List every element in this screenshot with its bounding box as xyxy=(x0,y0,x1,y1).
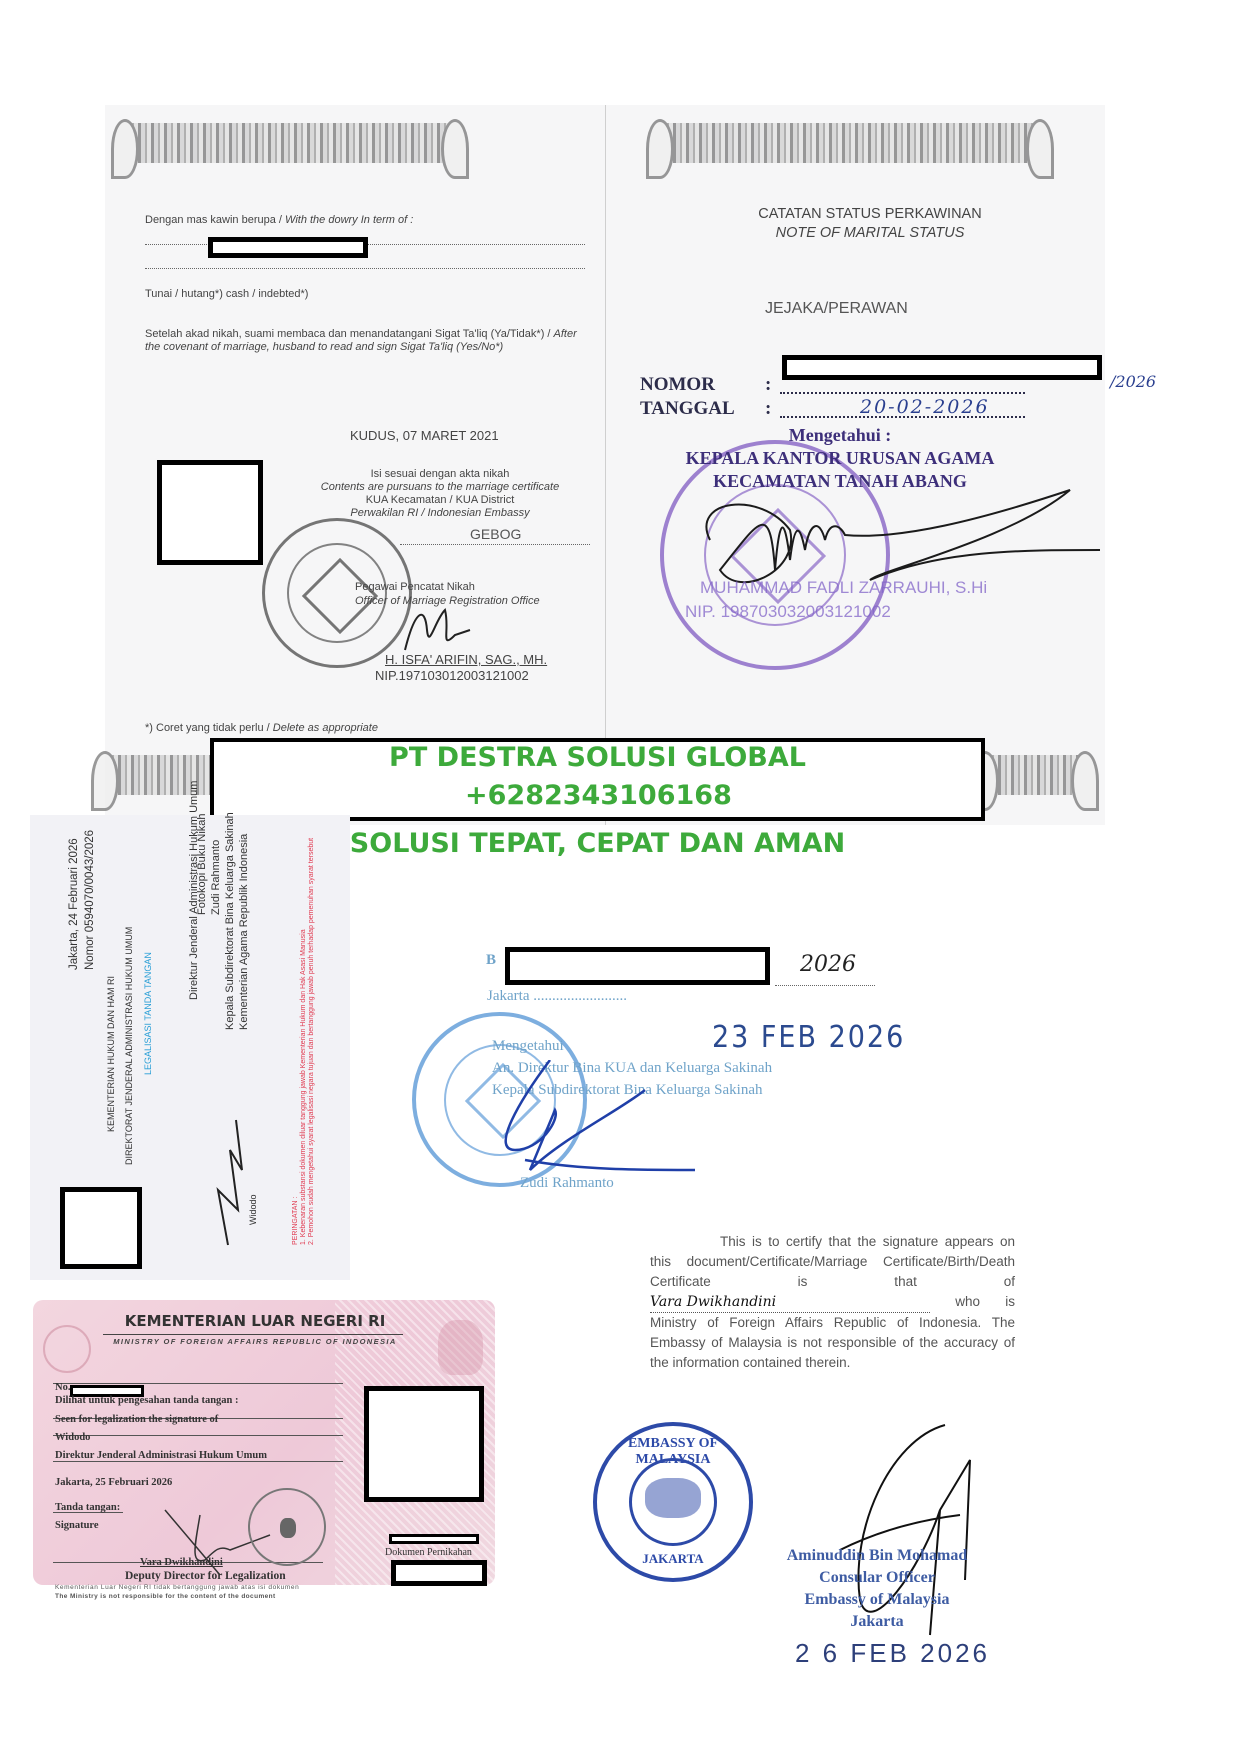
kua-head-nip: NIP. 198703032003121002 xyxy=(685,602,891,622)
contents-block: Isi sesuai dengan akta nikah Contents ar… xyxy=(290,468,590,520)
company-phone: +6282343106168 xyxy=(465,780,732,811)
nomor-line xyxy=(780,392,1025,394)
kemlu-disclaimer-en: The Ministry is not responsible for the … xyxy=(55,1593,276,1600)
malaysia-certification-text: This is to certify that the signature ap… xyxy=(650,1232,1015,1373)
signature-widodo xyxy=(208,1110,248,1250)
kemlu-signer: Widodo xyxy=(55,1432,90,1443)
taliq-text-id: Setelah akad nikah, suami membaca dan me… xyxy=(145,328,554,340)
stamp-top-text: EMBASSY OF MALAYSIA xyxy=(597,1436,749,1468)
kemlu-seen-label: Dilihat untuk pengesahan tanda tangan : xyxy=(55,1395,239,1406)
marital-status-value: JEJAKA/PERAWAN xyxy=(765,300,908,318)
footnote: *) Coret yang tidak perlu / Delete as ap… xyxy=(145,722,378,734)
marital-status-title-en: NOTE OF MARITAL STATUS xyxy=(740,224,1000,243)
signature-kemenag xyxy=(480,1060,700,1180)
malaysia-officer-block: Aminuddin Bin Mohamad Consular Officer E… xyxy=(762,1545,992,1633)
nomor-label: NOMOR xyxy=(640,373,735,397)
dowry-line-2 xyxy=(145,268,585,269)
dowry-label: Dengan mas kawin berupa / With the dowry… xyxy=(145,214,413,226)
marital-status-header: CATATAN STATUS PERKAWINAN NOTE OF MARITA… xyxy=(740,205,1000,243)
kemlu-officer-title: Deputy Director for Legalization xyxy=(125,1570,286,1582)
kemenkum-date: Jakarta, 24 Februari 2026 xyxy=(68,838,80,970)
cert-text-1: This is to certify that the signature ap… xyxy=(650,1234,1015,1289)
redacted-kemlu-photo xyxy=(364,1386,484,1502)
redacted-photo-left xyxy=(157,460,263,565)
rule-4 xyxy=(53,1461,343,1462)
redacted-barcode-kemenkum xyxy=(60,1187,142,1269)
redacted-dowry xyxy=(208,237,368,258)
nomor-tanggal-labels: NOMOR TANGGAL xyxy=(640,373,735,421)
kemlu-subtitle: MINISTRY OF FOREIGN AFFAIRS REPUBLIC OF … xyxy=(55,1337,455,1346)
district-line xyxy=(400,544,590,545)
officer-name: H. ISFA' ARIFIN, SAG., MH. xyxy=(385,652,547,667)
dowry-label-en: With the dowry In term of : xyxy=(285,214,413,226)
page-fold xyxy=(605,105,606,825)
dowry-label-id: Dengan mas kawin berupa / xyxy=(145,214,285,226)
rule-3 xyxy=(53,1435,343,1436)
kemlu-no-label: No. xyxy=(55,1382,70,1393)
nomor-year-handwritten: /2026 xyxy=(1110,372,1156,391)
place-date: KUDUS, 07 MARET 2021 xyxy=(350,428,499,443)
kemlu-signer-title: Direktur Jenderal Administrasi Hukum Umu… xyxy=(55,1450,267,1461)
taliq-text: Setelah akad nikah, suami membaca dan me… xyxy=(145,328,585,354)
kemenkum-warning-title: PERINGATAN : xyxy=(292,1197,299,1245)
kemlu-disclaimer: Kementerian Luar Negeri RI tidak bertang… xyxy=(55,1584,299,1591)
cert-handwritten-name: Vara Dwikhandini xyxy=(650,1294,776,1310)
district-gebog: GEBOG xyxy=(470,526,521,542)
kemenkum-warning-2: 2. Pemohon sudah mengetahui syarat legal… xyxy=(308,838,315,1245)
kemenkum-directorate: DIREKTORAT JENDERAL ADMINISTRASI HUKUM U… xyxy=(124,927,134,1165)
tanggal-value: 20-02-2026 xyxy=(860,396,990,418)
ornament-border-bottom-right xyxy=(985,755,1085,795)
kemenkum-legalization-label: LEGALISASI TANDA TANGAN xyxy=(143,952,153,1075)
malaysia-date-stamp: 2 6 FEB 2026 xyxy=(795,1638,990,1669)
payment-label: Tunai / hutang*) cash / indebted*) xyxy=(145,288,308,300)
redacted-nomor xyxy=(782,355,1102,380)
officer-title: Pegawai Pencatat Nikah xyxy=(355,580,540,594)
acknowledged-label: Mengetahui : xyxy=(640,424,1040,447)
kemenag-place: Jakarta ......................... xyxy=(487,988,627,1005)
kua-head-title: KEPALA KANTOR URUSAN AGAMA xyxy=(640,447,1040,470)
ornament-border-left xyxy=(125,123,455,163)
kemenkum-signer-name: Zudi Rahmanto xyxy=(210,840,222,915)
kemenkum-number: Nomor 0594070/0043/2026 xyxy=(84,830,96,970)
kemenag-year-line xyxy=(775,985,875,986)
kemlu-seal-stamp xyxy=(248,1488,326,1566)
redacted-kemlu-ref xyxy=(391,1560,487,1586)
malaysia-officer-name: Aminuddin Bin Mohamad xyxy=(762,1545,992,1567)
redacted-kemenag-number xyxy=(505,947,770,985)
contents-note: Isi sesuai dengan akta nikah xyxy=(290,468,590,481)
ornament-border-bottom-left xyxy=(105,755,225,795)
footnote-en: Delete as appropriate xyxy=(273,722,378,734)
redacted-kemlu-code xyxy=(389,1534,479,1544)
malaysia-embassy-name: Embassy of Malaysia xyxy=(762,1589,992,1611)
kemenag-year-handwritten: 2026 xyxy=(800,952,856,977)
marital-status-title: CATATAN STATUS PERKAWINAN xyxy=(740,205,1000,224)
malaysia-city: Jakarta xyxy=(762,1611,992,1633)
kemenkum-signer-title: Kepala Subdirektorat Bina Keluarga Sakin… xyxy=(224,812,236,1030)
kemlu-seen-label-en: Seen for legalization the signature of xyxy=(55,1414,218,1425)
stamp-bottom-text: JAKARTA xyxy=(597,1551,749,1567)
tanggal-label: TANGGAL xyxy=(640,397,735,421)
kemenag-acknowledged: Mengetahui xyxy=(492,1035,772,1057)
officer-nip: NIP.197103012003121002 xyxy=(375,668,529,683)
kemlu-signature-label-en: Signature xyxy=(55,1520,99,1531)
colons: :: xyxy=(765,373,771,421)
kemenkum-warning-1: 1. Kebenaran substansi dokumen diluar ta… xyxy=(300,929,307,1245)
kemlu-title: KEMENTERIAN LUAR NEGERI RI xyxy=(55,1312,455,1330)
malaysia-officer-title: Consular Officer xyxy=(762,1567,992,1589)
kemlu-emblem-icon xyxy=(43,1325,91,1373)
kemenkum-director-name: Widodo xyxy=(248,1194,258,1225)
rule-1 xyxy=(53,1383,343,1384)
title-underline xyxy=(103,1334,403,1335)
signature-left xyxy=(395,600,475,660)
kemenkum-doc-type: Fotokopi Buku Nikah xyxy=(196,814,208,916)
kemenag-number-prefix: B xyxy=(486,952,496,969)
kemlu-date: Jakarta, 25 Februari 2026 xyxy=(55,1477,172,1488)
kemlu-officer-name: Vara Dwikhandini xyxy=(140,1557,223,1568)
company-name: PT DESTRA SOLUSI GLOBAL xyxy=(210,742,985,773)
kua-head-name: MUHAMMAD FADLI ZARRAUHI, S.Hi xyxy=(700,578,987,598)
ornament-border-right xyxy=(660,123,1040,163)
kua-label: KUA Kecamatan / KUA District xyxy=(290,494,590,507)
kemenkum-signer-org: Kementerian Agama Republik Indonesia xyxy=(238,834,250,1030)
malaysia-embassy-stamp: EMBASSY OF MALAYSIA JAKARTA xyxy=(593,1422,753,1582)
malaysia-coat-of-arms-icon xyxy=(645,1478,701,1518)
footnote-id: *) Coret yang tidak perlu / xyxy=(145,722,273,734)
kemenkum-ministry: KEMENTERIAN HUKUM DAN HAM RI xyxy=(106,976,116,1132)
kemlu-signature-label: Tanda tangan: xyxy=(55,1502,120,1513)
kemlu-doc-label: Dokumen Pernikahan xyxy=(385,1547,472,1558)
contents-note-en: Contents are pursuans to the marriage ce… xyxy=(290,481,590,494)
